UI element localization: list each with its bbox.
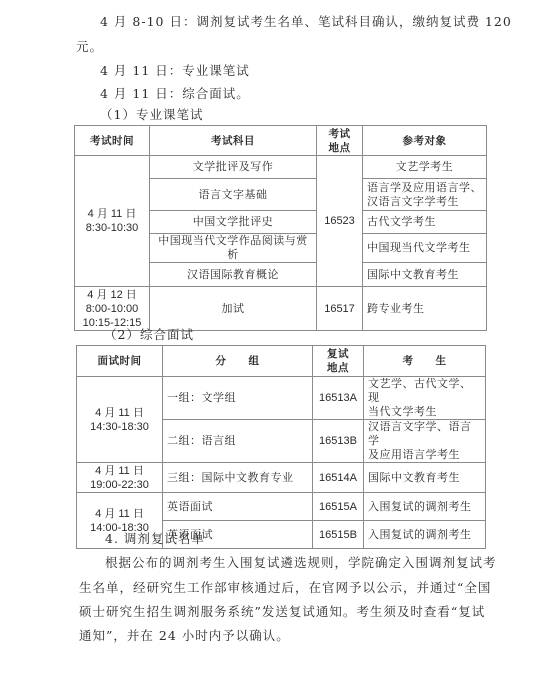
header-location-line2: 地点: [329, 142, 351, 154]
exam-date: 4 月 12 日: [87, 289, 137, 301]
table-row: 4 月 11 日14:00-18:30 英语面试 16515A 入围复试的调剂考…: [77, 493, 486, 521]
location-cell: 16523: [317, 156, 363, 287]
paragraph-fee: 4 月 8-10 日：调剂复试考生名单、笔试科目确认，缴纳复试费 120: [100, 14, 512, 30]
table-row: 4 月 11 日14:30-18:30 一组：文学组 16513A 文艺学、古代…: [77, 377, 486, 420]
body-line-1: 根据公布的调剂考生入围复试遴选规则，学院确定入围调剂复试考: [105, 555, 497, 571]
target-cell: 语言学及应用语言学、汉语言文字学考生: [363, 179, 487, 211]
student-cell: 入围复试的调剂考生: [364, 521, 486, 549]
student-line2: 及应用语言学考生: [368, 448, 460, 461]
header-exam-subject: 考试科目: [150, 126, 317, 156]
target-cell: 文艺学考生: [363, 156, 487, 179]
table-header-row: 面试时间 分 组 复试地点 考 生: [77, 346, 486, 377]
subject-cell: 加试: [150, 287, 317, 331]
header-location-line1: 复试: [327, 348, 349, 360]
section-interview-title: （2）综合面试: [104, 327, 194, 343]
interview-hours: 14:30-18:30: [90, 421, 149, 433]
target-cell: 国际中文教育考生: [363, 263, 487, 287]
table-row: 4 月 11 日19:00-22:30 三组：国际中文教育专业 16514A 国…: [77, 463, 486, 493]
header-target: 参考对象: [363, 126, 487, 156]
exam-hours: 8:00-10:00: [86, 303, 139, 315]
interview-table: 面试时间 分 组 复试地点 考 生 4 月 11 日14:30-18:30 一组…: [76, 345, 486, 549]
written-exam-table: 考试时间 考试科目 考试地点 参考对象 4 月 11 日8:30-10:30 文…: [74, 125, 487, 331]
interview-date: 4 月 11 日: [95, 508, 144, 520]
header-students: 考 生: [364, 346, 486, 377]
header-location-line1: 考试: [329, 128, 351, 140]
header-exam-time: 考试时间: [75, 126, 150, 156]
header-exam-location: 考试地点: [317, 126, 363, 156]
target-cell: 跨专业考生: [363, 287, 487, 331]
interview-time-cell: 4 月 11 日19:00-22:30: [77, 463, 163, 493]
exam-date: 4 月 11 日: [88, 208, 137, 220]
interview-time-cell: 4 月 11 日14:30-18:30: [77, 377, 163, 463]
target-line2: 汉语言文字学考生: [367, 195, 459, 208]
table-header-row: 考试时间 考试科目 考试地点 参考对象: [75, 126, 487, 156]
header-location-line2: 地点: [327, 362, 349, 374]
interview-date: 4 月 11 日: [95, 407, 144, 419]
group-cell: 三组：国际中文教育专业: [163, 463, 313, 493]
exam-time-cell: 4 月 12 日8:00-10:0010:15-12:15: [75, 287, 150, 331]
subject-cell: 语言文字基础: [150, 179, 317, 211]
student-line2: 当代文学考生: [368, 405, 437, 418]
subject-cell: 中国文学批评史: [150, 211, 317, 234]
location-cell: 16513B: [313, 420, 364, 463]
student-cell: 国际中文教育考生: [364, 463, 486, 493]
group-cell: 二组：语言组: [163, 420, 313, 463]
table-row: 4 月 12 日8:00-10:0010:15-12:15 加试 16517 跨…: [75, 287, 487, 331]
location-cell: 16515B: [313, 521, 364, 549]
location-cell: 16514A: [313, 463, 364, 493]
section-list-title: 4. 调剂复试名单: [105, 531, 205, 547]
student-line1: 文艺学、古代文学、现: [368, 377, 472, 404]
location-cell: 16517: [317, 287, 363, 331]
header-group: 分 组: [163, 346, 313, 377]
student-line1: 汉语言文字学、语言学: [368, 420, 472, 447]
group-cell: 一组：文学组: [163, 377, 313, 420]
interview-hours: 19:00-22:30: [90, 479, 149, 491]
exam-time-cell: 4 月 11 日8:30-10:30: [75, 156, 150, 287]
location-cell: 16513A: [313, 377, 364, 420]
location-cell: 16515A: [313, 493, 364, 521]
target-cell: 古代文学考生: [363, 211, 487, 234]
group-cell: 英语面试: [163, 493, 313, 521]
header-location: 复试地点: [313, 346, 364, 377]
subject-cell: 汉语国际教育概论: [150, 263, 317, 287]
body-line-3: 硕士研究生招生调剂服务系统”发送复试通知。考生须及时查看“复试: [79, 604, 485, 620]
exam-hours: 8:30-10:30: [86, 222, 139, 234]
subject-cell: 文学批评及写作: [150, 156, 317, 179]
body-line-2: 生名单，经研究生工作部审核通过后，在官网予以公示，并通过“全国: [79, 580, 491, 596]
paragraph-fee-cont: 元。: [76, 39, 103, 55]
table-row: 4 月 11 日8:30-10:30 文学批评及写作 16523 文艺学考生: [75, 156, 487, 179]
student-cell: 汉语言文字学、语言学及应用语言学考生: [364, 420, 486, 463]
header-interview-time: 面试时间: [77, 346, 163, 377]
subject-cell: 中国现当代文学作品阅读与赏析: [150, 234, 317, 263]
target-cell: 中国现当代文学考生: [363, 234, 487, 263]
paragraph-written-exam: 4 月 11 日：专业课笔试: [100, 63, 250, 79]
student-cell: 文艺学、古代文学、现当代文学考生: [364, 377, 486, 420]
section-written-exam-title: （1）专业课笔试: [100, 107, 203, 123]
interview-date: 4 月 11 日: [95, 465, 144, 477]
target-line1: 语言学及应用语言学、: [367, 181, 482, 194]
paragraph-interview: 4 月 11 日：综合面试。: [100, 86, 250, 102]
student-cell: 入围复试的调剂考生: [364, 493, 486, 521]
body-line-4: 通知”，并在 24 小时内予以确认。: [79, 628, 290, 644]
